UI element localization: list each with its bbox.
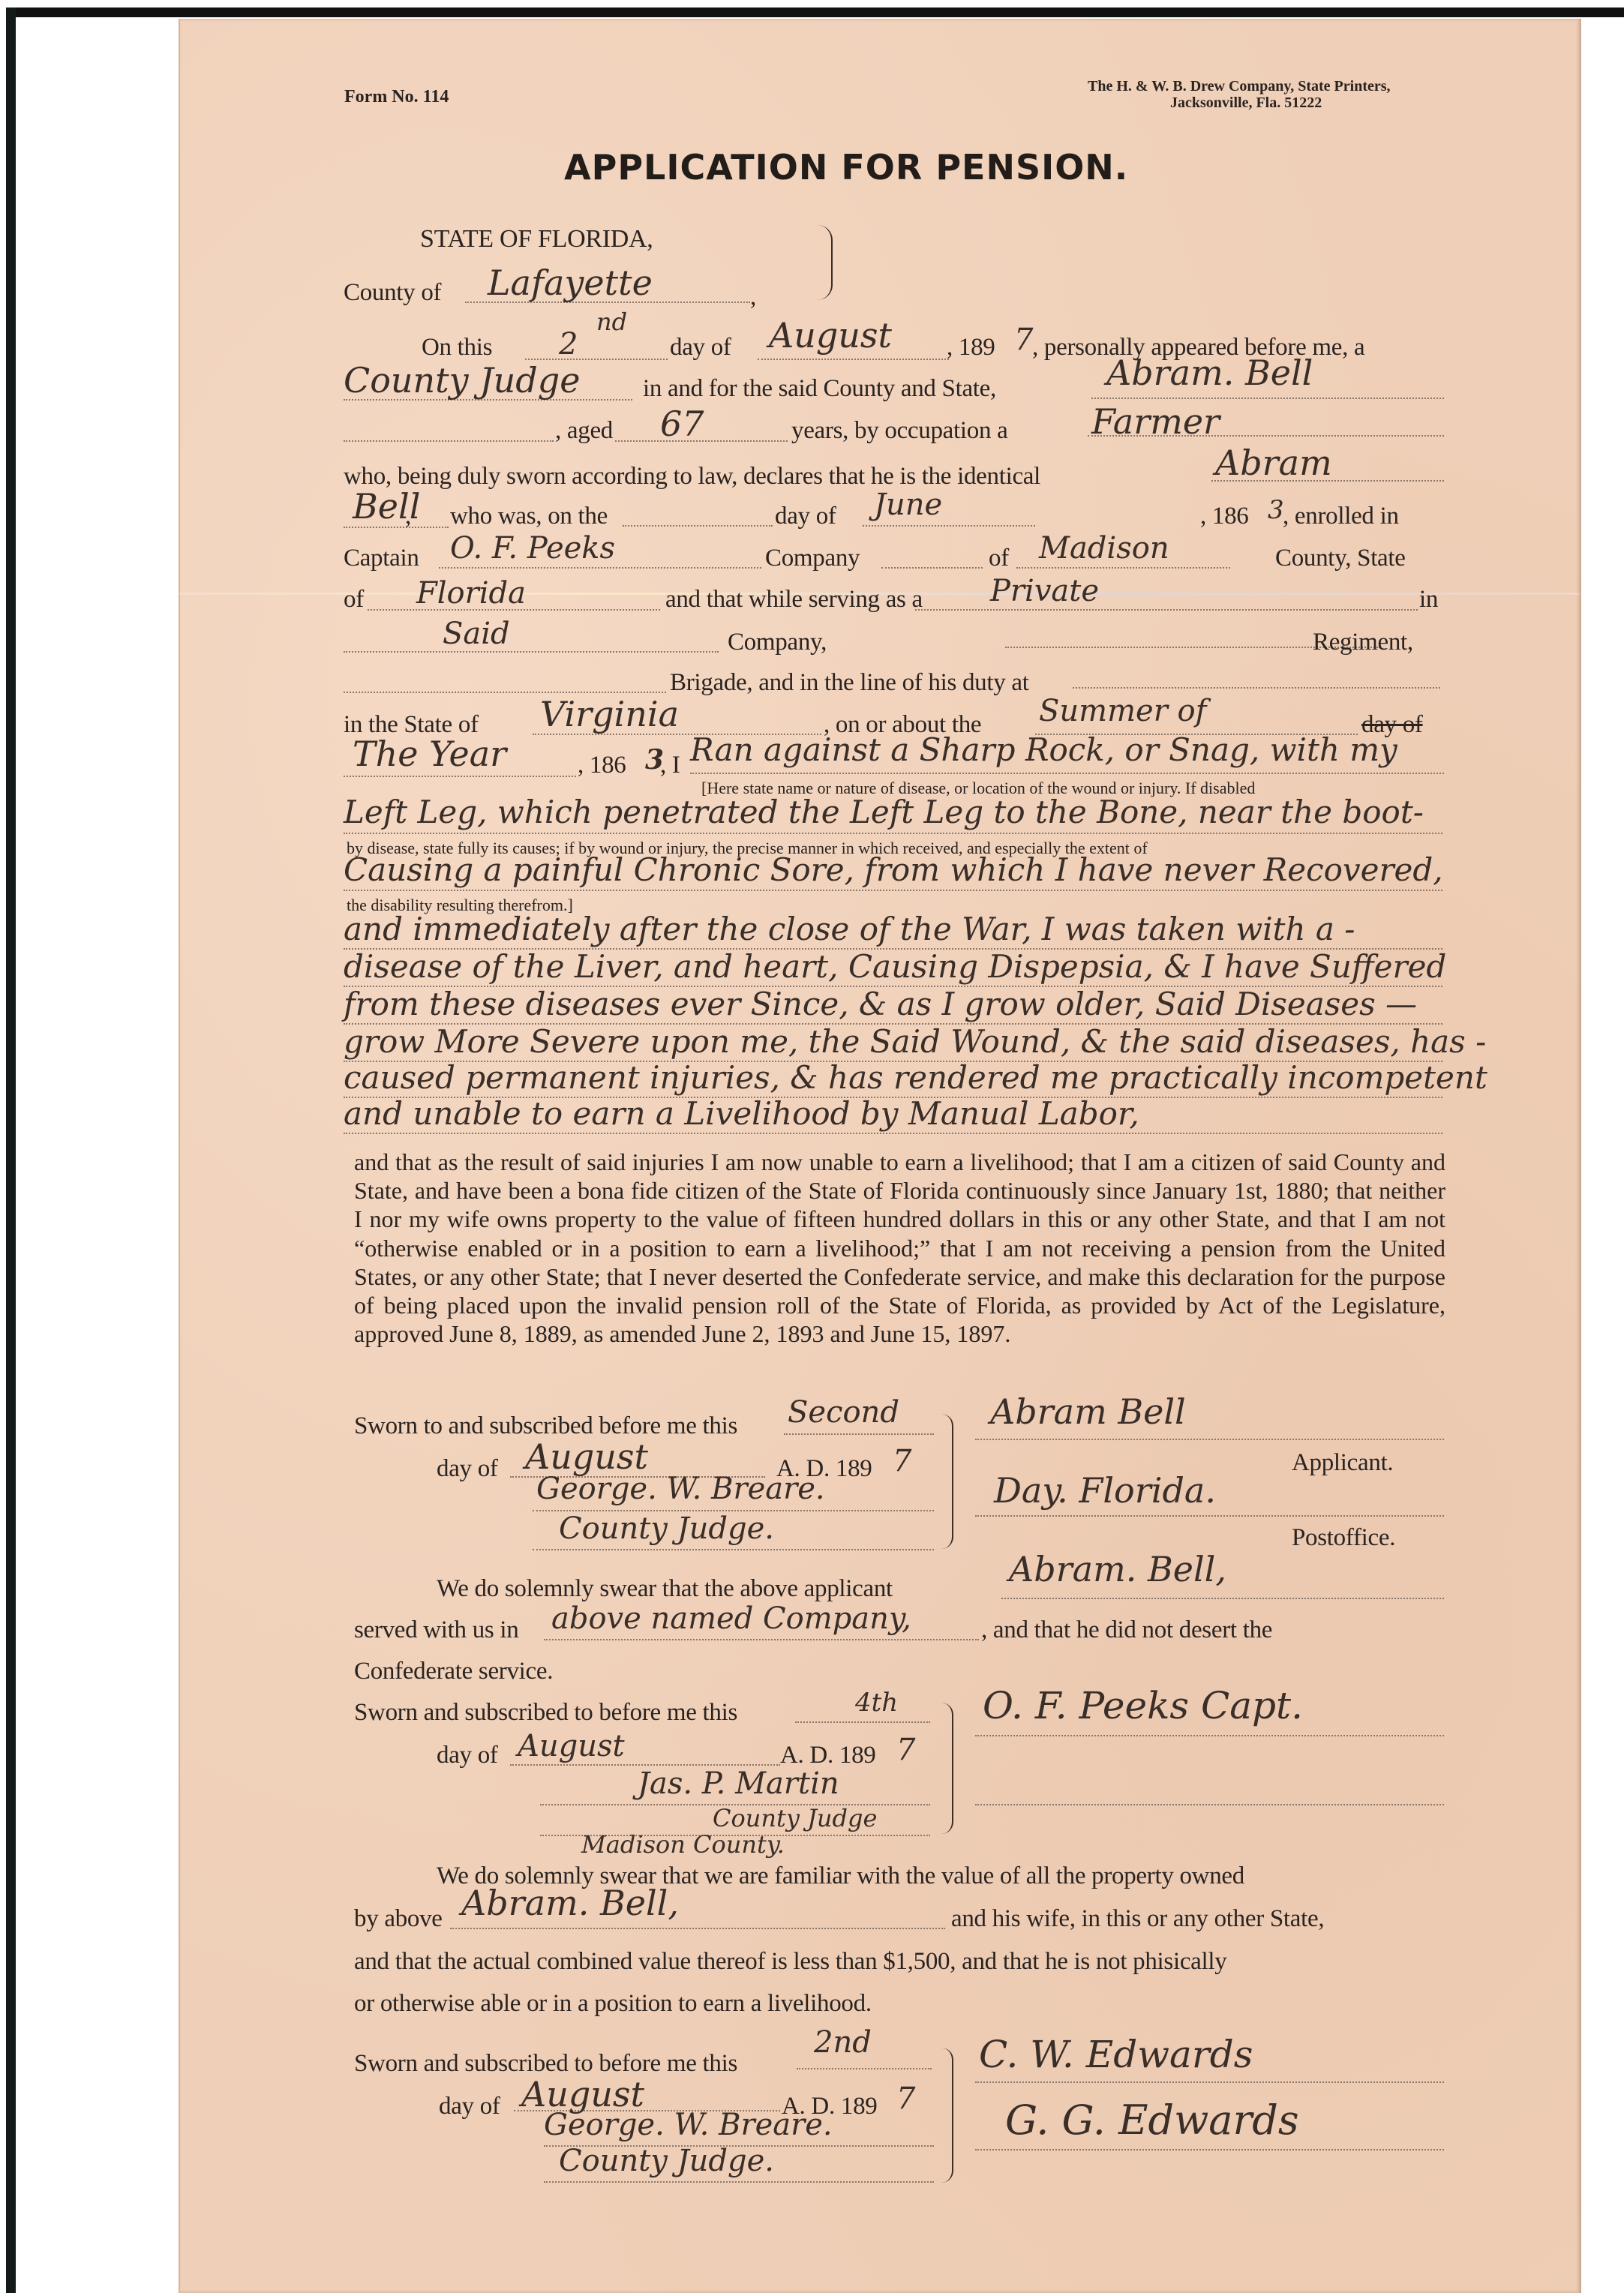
injury-line-8: caused permanent injuries, & has rendere…: [344, 1059, 1487, 1096]
not-desert-text: , and that he did not desert the: [981, 1616, 1272, 1644]
unit-field-line: [544, 1639, 979, 1640]
county-value: Lafayette: [488, 263, 653, 303]
oath1-month-value: August: [525, 1436, 648, 1477]
year-suffix: 7: [1014, 323, 1033, 357]
applicant-name-value: Abram. Bell: [1106, 353, 1313, 393]
by-above-label: by above: [354, 1905, 443, 1933]
injury-line-9: and unable to earn a Livelihood by Manua…: [344, 1095, 1139, 1132]
company-blank-line: [881, 567, 983, 569]
property-witness2-signature: G. G. Edwards: [1005, 2096, 1299, 2144]
scan-frame-left: [6, 8, 16, 2293]
regiment-label: Regiment,: [1313, 629, 1413, 656]
location-field-line: [1073, 687, 1440, 689]
who-was-text: who was, on the: [450, 503, 608, 530]
day-of-label: day of: [670, 334, 731, 362]
comrades-sworn-label: Sworn and subscribed to before me this: [354, 1699, 737, 1727]
printer-line-2: Jacksonville, Fla. 51222: [1170, 95, 1322, 112]
brigade-field-line: [344, 692, 666, 693]
comrades-brace: [941, 1703, 953, 1834]
company-name-value: Said: [443, 617, 510, 651]
captain-value: O. F. Peeks: [450, 531, 615, 566]
postoffice-value: Day. Florida.: [994, 1470, 1216, 1511]
form-number: Form No. 114: [344, 87, 449, 107]
rank-value: Private: [990, 574, 1099, 608]
identical-field-line-2: [344, 527, 449, 528]
injury-i: , I: [660, 752, 680, 779]
injury-line-3: Causing a painful Chronic Sore, from whi…: [344, 851, 1443, 888]
enroll-year-suffix: 3: [1268, 495, 1284, 525]
injury-line-4: and immediately after the close of the W…: [344, 911, 1355, 947]
confederate-text: Confederate service.: [354, 1658, 553, 1685]
comrades-month-field-line: [510, 1764, 780, 1766]
on-this-label: On this: [422, 334, 492, 362]
oath1-day-value: Second: [788, 1395, 899, 1430]
applicant-signature-line: [975, 1439, 1444, 1440]
property-day-of: day of: [439, 2093, 500, 2120]
injury-field-line-3: [344, 890, 1442, 891]
year-line-field-line: [344, 776, 576, 777]
comrades-witness1-signature: O. F. Peeks Capt.: [983, 1684, 1303, 1727]
witness2-line: [975, 1804, 1444, 1805]
battle-state-value: Virginia: [540, 694, 679, 734]
property-title-line: [544, 2181, 934, 2183]
oath1-day-of: day of: [437, 1455, 498, 1483]
sworn-text: who, being duly sworn according to law, …: [344, 463, 1040, 491]
captain-field-line: [439, 567, 761, 569]
property-brace: [941, 2048, 953, 2183]
oath1-official-title: County Judge.: [559, 1511, 774, 1546]
official-value: County Judge: [344, 360, 580, 401]
printer-line-1: The H. & W. B. Drew Company, State Print…: [1088, 78, 1391, 95]
day-value: 2: [559, 327, 578, 362]
years-occupation-text: years, by occupation a: [791, 417, 1007, 445]
property-day-field-line: [797, 2068, 932, 2069]
of-label-2: of: [344, 586, 364, 614]
postoffice-label: Postoffice.: [1292, 1524, 1395, 1552]
month-field-line: [758, 359, 949, 360]
injury-line-5: disease of the Liver, and heart, Causing…: [344, 948, 1446, 985]
comrades-month-value: August: [518, 1729, 625, 1763]
identical-value-1: Abram: [1215, 443, 1332, 483]
company-county-field-line: [1016, 567, 1230, 569]
oath1-title-line: [533, 1549, 934, 1550]
injury-field-line-2: [344, 833, 1442, 834]
county-brace: [818, 225, 833, 300]
oath1-official-signature: George. W. Breare.: [536, 1472, 825, 1506]
injury-year-prefix: , 186: [578, 752, 626, 779]
aged-label: , aged: [555, 417, 613, 445]
applicant-label: Applicant.: [1292, 1449, 1393, 1477]
injury-line-2: Left Leg, which penetrated the Left Leg …: [344, 794, 1424, 830]
comrades-day-value: 4th: [855, 1688, 898, 1718]
blank-line: [344, 440, 554, 442]
in-and-for-text: in and for the said County and State,: [643, 375, 996, 403]
comrades-official-title: County Judge: [713, 1804, 877, 1832]
comrades-applicant-value: Abram. Bell,: [1009, 1549, 1226, 1589]
comrades-day-field-line: [795, 1721, 930, 1723]
day-suffix: nd: [596, 308, 627, 336]
date-about-value: Summer of: [1039, 694, 1206, 728]
unit-value: above named Company,: [551, 1601, 911, 1636]
state-label: STATE OF FLORIDA,: [420, 225, 653, 254]
able-text: or otherwise able or in a position to ea…: [354, 1990, 872, 2018]
company-label: Company: [765, 545, 860, 572]
page-title: APPLICATION FOR PENSION.: [564, 147, 1128, 188]
county-comma: ,: [750, 284, 756, 311]
wife-text: and his wife, in this or any other State…: [951, 1905, 1324, 1933]
enrolled-in-text: , enrolled in: [1283, 503, 1399, 530]
serving-as-text: and that while serving as a: [665, 586, 923, 614]
declaration-text: and that as the result of said injuries …: [354, 1148, 1445, 1348]
company-name-field-line: [344, 651, 719, 653]
served-with-text: served with us in: [354, 1616, 518, 1644]
enroll-day-field-line: [623, 525, 773, 527]
applicant-signature: Abram Bell: [990, 1391, 1186, 1432]
property-year-value: 7: [896, 2081, 915, 2116]
comrades-applicant-line: [1001, 1598, 1444, 1599]
enroll-month-value: June: [874, 488, 942, 522]
injury-field-line-9: [344, 1133, 1442, 1134]
company-county-value: Madison: [1039, 531, 1169, 566]
occupation-value: Farmer: [1091, 401, 1220, 442]
oath1-brace: [941, 1414, 953, 1549]
enroll-day-of: day of: [775, 503, 836, 530]
property-day-value: 2nd: [814, 2025, 872, 2060]
postoffice-line: [975, 1515, 1444, 1517]
name-field-line: [1091, 398, 1444, 399]
comrades-official-county: Madison County.: [581, 1830, 785, 1859]
property-applicant-line: [450, 1928, 945, 1929]
year-line-value: The Year: [353, 734, 506, 774]
value-text: and that the actual combined value there…: [354, 1948, 1226, 1976]
injury-line-7: grow More Severe upon me, the Said Wound…: [344, 1023, 1486, 1060]
property-witness2-line: [975, 2149, 1444, 2150]
comrades-ad-label: A. D. 189: [780, 1742, 875, 1769]
injury-field-line-1: [690, 773, 1444, 774]
property-witness1-signature: C. W. Edwards: [979, 2033, 1253, 2076]
oath1-year-value: 7: [893, 1444, 911, 1478]
state-value: Florida: [416, 576, 526, 611]
company-label-2: Company,: [728, 629, 827, 656]
property-witness1-line: [975, 2081, 1444, 2083]
of-label: of: [989, 545, 1009, 572]
comrades-day-of: day of: [437, 1742, 498, 1769]
captain-label: Captain: [344, 545, 419, 572]
brigade-text: Brigade, and in the line of his duty at: [670, 669, 1029, 697]
oath1-day-field-line: [784, 1433, 934, 1435]
county-label: County of: [344, 279, 441, 307]
comrades-official-signature: Jas. P. Martin: [638, 1766, 839, 1801]
scan-frame-top: [6, 8, 1624, 17]
in-label: in: [1419, 586, 1438, 614]
enroll-year-prefix: , 186: [1200, 503, 1249, 530]
year-prefix: , 189: [947, 334, 995, 362]
age-value: 67: [660, 404, 704, 444]
witness1-line: [975, 1735, 1444, 1736]
injury-line-1: Ran against a Sharp Rock, or Snag, with …: [690, 731, 1397, 768]
enroll-month-field-line: [863, 525, 1035, 527]
property-applicant-value: Abram. Bell,: [461, 1883, 679, 1923]
comrades-swear-text: We do solemnly swear that the above appl…: [437, 1575, 893, 1603]
property-official-signature: George. W. Breare.: [544, 2108, 833, 2142]
rank-field-line: [915, 609, 1418, 611]
injury-line-6: from these diseases ever Since, & as I g…: [344, 986, 1417, 1022]
property-official-title: County Judge.: [559, 2144, 774, 2178]
comrades-year-value: 7: [896, 1733, 915, 1767]
county-state-label: County, State: [1275, 545, 1406, 572]
month-value: August: [769, 315, 892, 356]
